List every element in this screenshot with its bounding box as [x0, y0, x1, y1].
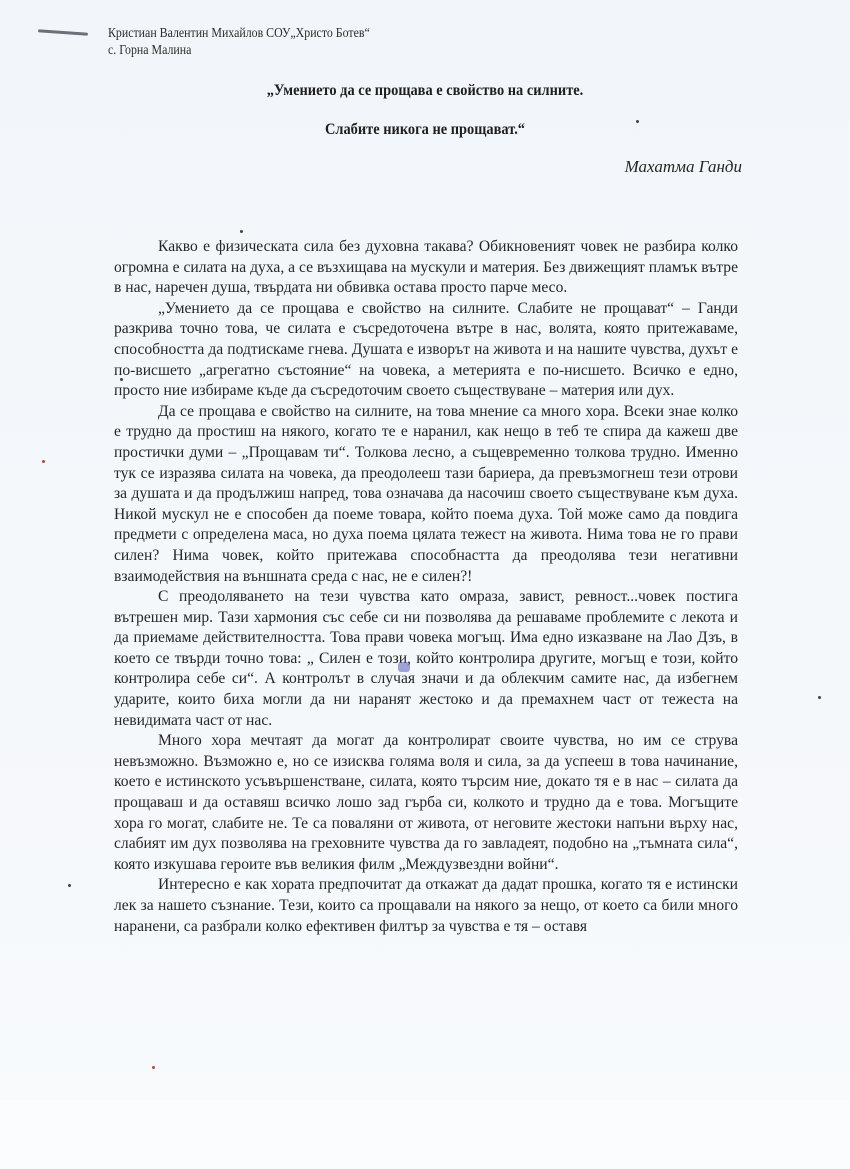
scan-speck	[636, 120, 639, 123]
scan-speck	[42, 460, 45, 463]
scan-speck	[68, 884, 71, 887]
paragraph-2: „Умението да се прощава е свойство на си…	[114, 299, 738, 402]
epigraph-line-2: Слабите никога не прощават.“	[43, 121, 808, 139]
scan-speck	[120, 378, 123, 381]
scan-speck	[818, 696, 821, 699]
scan-speck	[152, 1066, 155, 1069]
paragraph-4: С преодоляването на тези чувства като ом…	[114, 587, 738, 731]
scan-speck	[240, 230, 243, 233]
paragraph-1: Какво е физическата сила без духовна так…	[114, 237, 738, 299]
page-bottom-margin	[0, 1100, 850, 1169]
paragraph-5: Много хора мечтаят да могат да контролир…	[114, 731, 738, 875]
pen-ink-mark	[398, 662, 410, 672]
epigraph-line-1: „Умението да се прощава е свойство на си…	[43, 82, 808, 100]
paragraph-3: Да се прощава е свойство на силните, на …	[114, 402, 738, 587]
pen-dash-mark	[38, 29, 88, 35]
paragraph-6: Интересно е как хората предпочитат да от…	[114, 875, 738, 937]
scanned-page: Кристиан Валентин Михайлов СОУ„Христо Бо…	[0, 0, 850, 1169]
author-line: Кристиан Валентин Михайлов СОУ„Христо Бо…	[108, 24, 370, 41]
author-header: Кристиан Валентин Михайлов СОУ„Христо Бо…	[108, 24, 370, 58]
essay-body: Какво е физическата сила без духовна так…	[114, 237, 738, 937]
location-line: с. Горна Малина	[108, 41, 370, 58]
epigraph-attribution: Махатма Ганди	[625, 157, 742, 177]
